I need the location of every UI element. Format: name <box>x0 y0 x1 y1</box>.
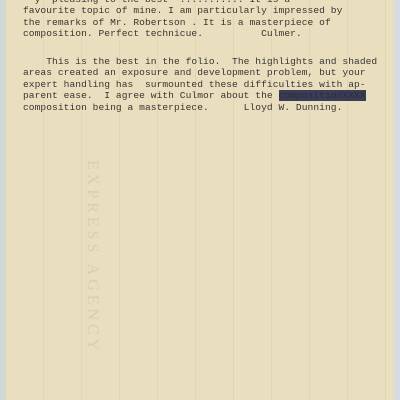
line: areas created an exposure and developmen… <box>23 67 366 78</box>
line: expert handling has surmounted these dif… <box>23 79 366 90</box>
line: y pleasing to the best ........... It is… <box>23 0 290 5</box>
line: the remarks of Mr. Robertson . It is a m… <box>23 17 331 28</box>
line: This is the best in the folio. The highl… <box>23 56 377 67</box>
bleed-through-stamp: EXPRESS AGENCY <box>83 160 101 354</box>
line: composition being a masterpiece. Lloyd W… <box>23 102 342 113</box>
typed-page: EXPRESS AGENCY y pleasing to the best ..… <box>6 0 394 400</box>
line: favourite topic of mine. I am particular… <box>23 5 342 16</box>
line: parent ease. I agree with Culmor about t… <box>23 90 279 101</box>
paragraph-dunning: This is the best in the folio. The highl… <box>23 56 377 113</box>
struck-out-text: compositionXXXX <box>279 90 366 101</box>
paragraph-culmer: y pleasing to the best ........... It is… <box>23 0 342 40</box>
scan-edge-right <box>394 0 400 400</box>
line: composition. Perfect technicue. Culmer. <box>23 28 302 39</box>
